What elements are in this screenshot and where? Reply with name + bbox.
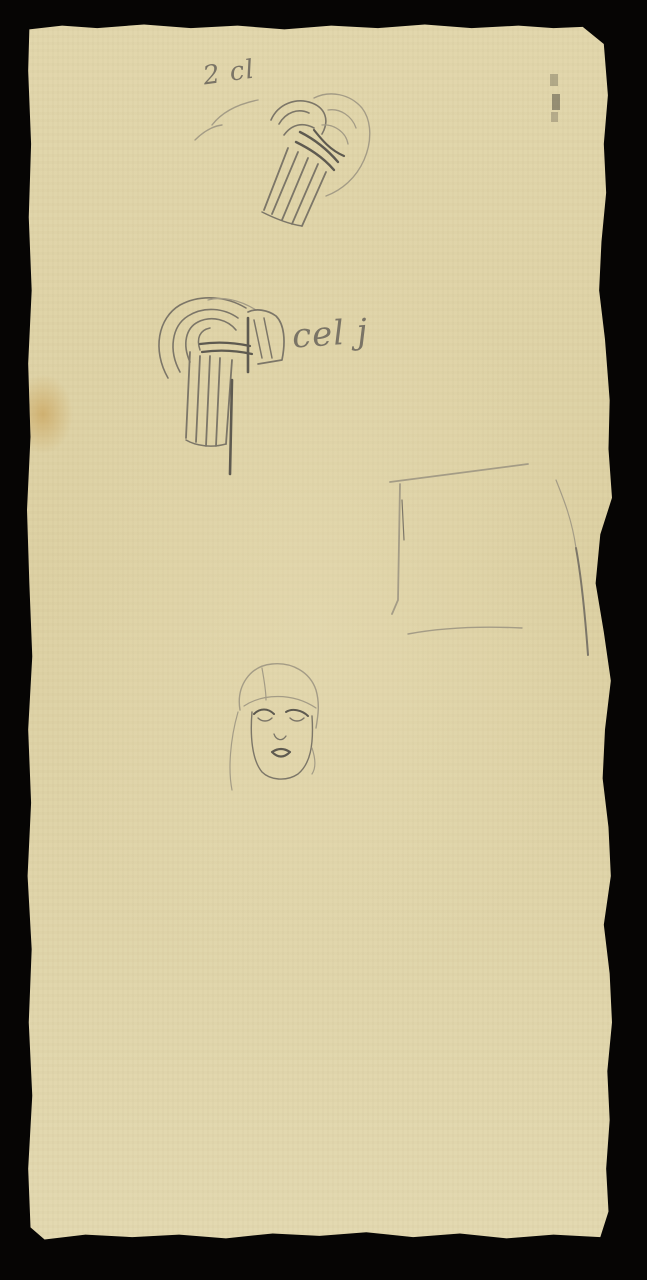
annotation-middle: cel j <box>291 311 370 356</box>
collection-stamp-mark <box>548 72 562 126</box>
scan-background: 2 cl cel j <box>0 0 647 1280</box>
paper-sheet <box>27 22 612 1242</box>
